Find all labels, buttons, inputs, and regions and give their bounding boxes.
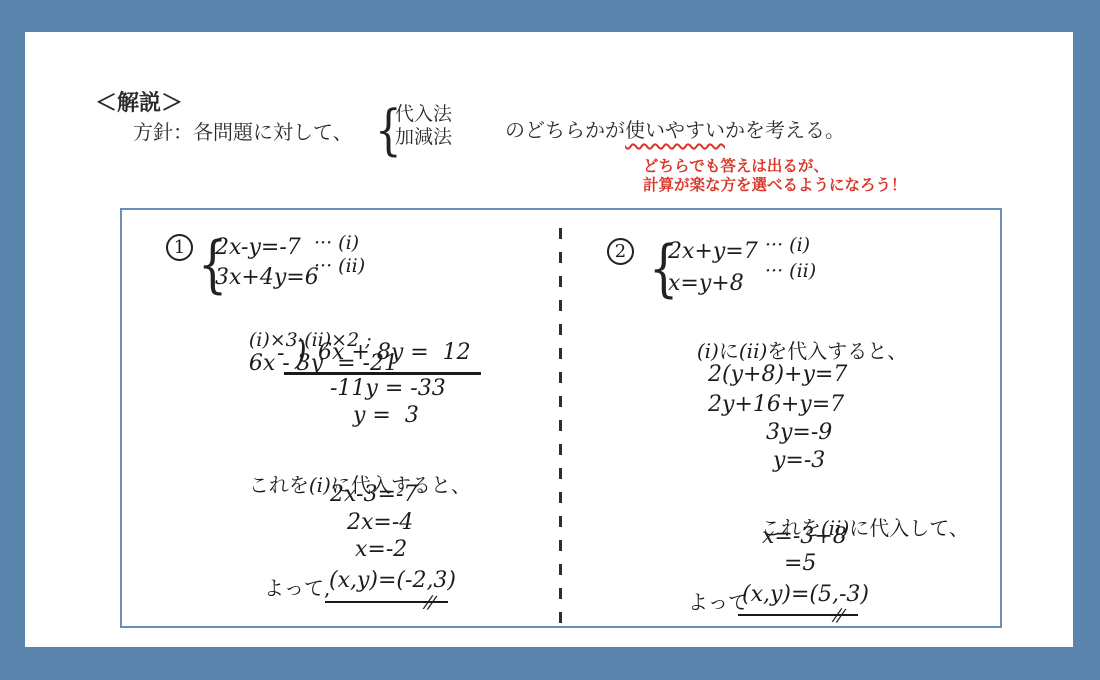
problem2-answer-prefix: よって bbox=[688, 586, 748, 615]
policy-suffix-wavy: 使いやすい bbox=[625, 118, 725, 142]
column-divider bbox=[559, 228, 562, 630]
brace-option-bottom: 加減法 bbox=[395, 126, 452, 149]
problem2-step2: 2y+16+y=7 bbox=[708, 392, 844, 417]
problem2-number: 2 bbox=[607, 238, 634, 265]
problem1-subst-ref: (i) bbox=[309, 473, 331, 497]
page-background: ＜解説＞ 方針：各問題に対して、 { 代入法 加減法 のどちらかが使いやすいかを… bbox=[0, 0, 1100, 680]
problem2-eq2: x=y+8 bbox=[668, 271, 744, 296]
problem1-eq1: 2x-y=-7 bbox=[215, 235, 301, 260]
problem1-step2: 2x=-4 bbox=[347, 510, 413, 535]
problem1-subst-part1: これを bbox=[249, 473, 309, 497]
problem1-step3: x=-2 bbox=[355, 537, 407, 562]
problem1-result2: y = 3 bbox=[353, 403, 419, 428]
problem2-subst2-part2: に代入して、 bbox=[849, 516, 969, 540]
content-card: ＜解説＞ 方針：各問題に対して、 { 代入法 加減法 のどちらかが使いやすいかを… bbox=[25, 32, 1073, 647]
problem2-answer: (x,y)=(5,-3) bbox=[742, 582, 869, 607]
problem1-step1: 2x-3=-7 bbox=[330, 482, 417, 507]
subtraction-rule bbox=[284, 372, 481, 375]
policy-suffix-part2: かを考える。 bbox=[725, 118, 845, 142]
problem1-result1: -11y = -33 bbox=[330, 376, 446, 401]
problem2-eq2-label: ··· (ii) bbox=[765, 260, 816, 282]
problem2-step6: =5 bbox=[784, 551, 816, 576]
problem2-step1: 2(y+8)+y=7 bbox=[708, 362, 847, 387]
problem1-sub-minus: - bbox=[277, 341, 284, 366]
explanation-box: 1 { 2x-y=-7 ··· (i) 3x+4y=6 ··· (ii) (i)… bbox=[120, 208, 1002, 628]
problem2-subst-part1: に bbox=[719, 339, 739, 363]
problem1-answer-end-mark: // bbox=[424, 592, 435, 614]
problem1-eq2-label: ··· (ii) bbox=[314, 255, 365, 277]
note-line2: 計算が楽な方を選べるようになろう！ bbox=[643, 173, 907, 195]
problem2-answer-end-mark: // bbox=[833, 605, 844, 627]
problem1-answer-prefix: よって, bbox=[264, 572, 330, 601]
problem2-step5: x=-3+8 bbox=[762, 524, 847, 549]
problem2-eq1: 2x+y=7 bbox=[668, 239, 758, 264]
problem1-sub-paren: ) bbox=[295, 333, 307, 373]
brace-option-top: 代入法 bbox=[395, 103, 452, 126]
problem2-subst-ref2: (ii) bbox=[739, 339, 767, 363]
problem1-number: 1 bbox=[166, 234, 193, 261]
problem2-subst-part2: を代入すると、 bbox=[767, 339, 907, 363]
problem1-eq2: 3x+4y=6 bbox=[215, 265, 319, 290]
problem2-subst-ref1: (i) bbox=[697, 339, 719, 363]
problem1-sub-eq: 6x + 8y = 12 bbox=[318, 340, 471, 365]
policy-suffix: のどちらかが使いやすいかを考える。 bbox=[505, 114, 845, 143]
policy-suffix-part1: のどちらかが bbox=[505, 118, 625, 142]
page-title: ＜解説＞ bbox=[95, 86, 183, 117]
problem2-step3: 3y=-9 bbox=[766, 420, 832, 445]
problem1-eq1-label: ··· (i) bbox=[314, 232, 359, 254]
policy-prefix: 方針：各問題に対して、 bbox=[133, 116, 353, 145]
problem2-step4: y=-3 bbox=[773, 448, 825, 473]
problem2-eq1-label: ··· (i) bbox=[765, 234, 810, 256]
problem1-answer: (x,y)=(-2,3) bbox=[329, 568, 456, 593]
